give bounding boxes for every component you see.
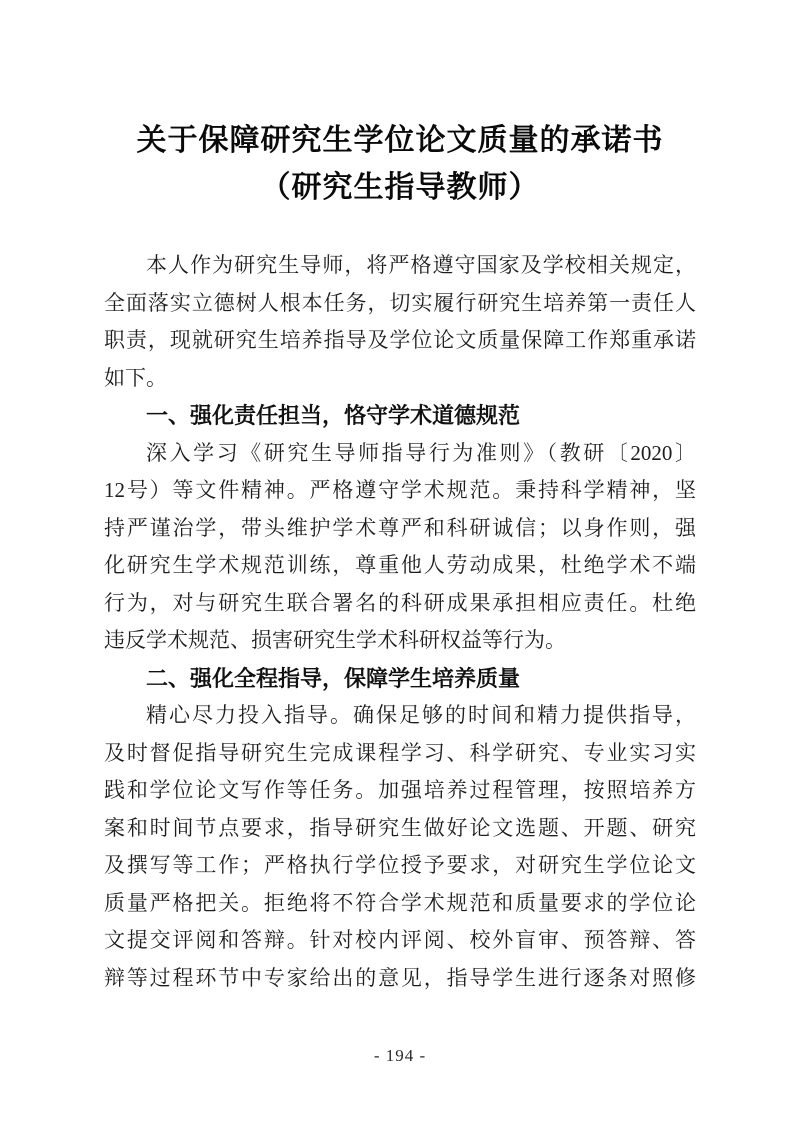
- page-number: - 194 -: [0, 1044, 800, 1068]
- body-line: 文提交评阅和答辩。针对校内评阅、校外盲审、预答辩、答: [104, 922, 696, 960]
- body-line: 践和学位论文写作等任务。加强培养过程管理，按照培养方: [104, 772, 696, 810]
- body-line: 本人作为研究生导师，将严格遵守国家及学校相关规定，: [104, 247, 696, 285]
- document-page: 关于保障研究生学位论文质量的承诺书 （研究生指导教师） 本人作为研究生导师，将严…: [0, 0, 800, 1131]
- body-line: 质量严格把关。拒绝将不符合学术规范和质量要求的学位论: [104, 885, 696, 923]
- document-body: 本人作为研究生导师，将严格遵守国家及学校相关规定，全面落实立德树人根本任务，切实…: [104, 247, 696, 997]
- body-line: 12号）等文件精神。严格遵守学术规范。秉持科学精神，坚: [104, 472, 696, 510]
- body-line: 持严谨治学，带头维护学术尊严和科研诚信；以身作则，强: [104, 510, 696, 548]
- body-line: 全面落实立德树人根本任务，切实履行研究生培养第一责任人: [104, 285, 696, 323]
- section-heading: 二、强化全程指导，保障学生培养质量: [104, 660, 696, 698]
- document-title: 关于保障研究生学位论文质量的承诺书 （研究生指导教师）: [0, 117, 800, 211]
- section-heading: 一、强化责任担当，恪守学术道德规范: [104, 397, 696, 435]
- body-line: 精心尽力投入指导。确保足够的时间和精力提供指导，: [104, 697, 696, 735]
- body-line: 违反学术规范、损害研究生学术科研权益等行为。: [104, 622, 696, 660]
- body-line: 职责，现就研究生培养指导及学位论文质量保障工作郑重承诺: [104, 322, 696, 360]
- body-line: 行为，对与研究生联合署名的科研成果承担相应责任。杜绝: [104, 585, 696, 623]
- title-line-1: 关于保障研究生学位论文质量的承诺书: [0, 117, 800, 164]
- body-line: 辩等过程环节中专家给出的意见，指导学生进行逐条对照修: [104, 960, 696, 998]
- body-line: 如下。: [104, 360, 696, 398]
- body-line: 及时督促指导研究生完成课程学习、科学研究、专业实习实: [104, 735, 696, 773]
- title-line-2: （研究生指导教师）: [0, 164, 800, 211]
- body-line: 及撰写等工作；严格执行学位授予要求，对研究生学位论文: [104, 847, 696, 885]
- body-line: 案和时间节点要求，指导研究生做好论文选题、开题、研究: [104, 810, 696, 848]
- body-line: 化研究生学术规范训练，尊重他人劳动成果，杜绝学术不端: [104, 547, 696, 585]
- body-line: 深入学习《研究生导师指导行为准则》（教研〔2020〕: [104, 435, 696, 473]
